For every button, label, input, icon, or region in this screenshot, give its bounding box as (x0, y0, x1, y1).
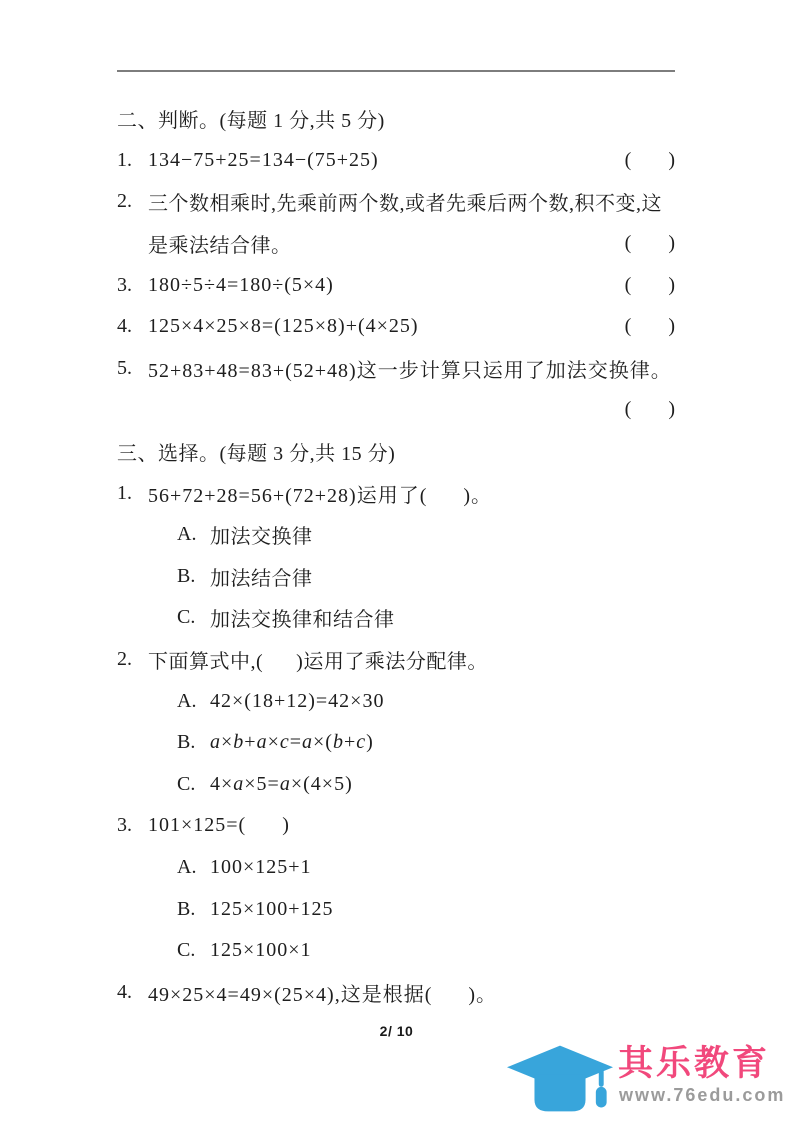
option-text: 4×a×5=a×(4×5) (210, 773, 353, 796)
section-choice-heading: 三、选择。(每题 3 分,共 15 分) (117, 431, 676, 473)
option-text: 加法结合律 (210, 562, 313, 591)
answer-bracket: ( ) (625, 232, 676, 255)
choice-q1-option-b: B. 加法结合律 (117, 556, 676, 598)
option-label: B. (177, 898, 210, 921)
item-number: 2. (117, 190, 148, 213)
judge-item-3: 3. 180÷5÷4=180÷(5×4) ( ) (117, 264, 676, 306)
item-text: 56+72+28=56+(72+28)运用了( )。 (148, 479, 492, 508)
choice-q2-option-c: C. 4×a×5=a×(4×5) (117, 764, 676, 806)
item-number: 3. (117, 274, 148, 297)
choice-q3-option-b: B. 125×100+125 (117, 888, 676, 930)
item-number: 1. (117, 482, 148, 505)
option-label: A. (177, 690, 210, 713)
item-text: 125×4×25×8=(125×8)+(4×25) (148, 315, 419, 338)
item-number: 4. (117, 981, 148, 1004)
choice-q3-option-a: A. 100×125+1 (117, 847, 676, 889)
section-heading-text: 三、选择。(每题 3 分,共 15 分) (117, 437, 395, 466)
option-label: B. (177, 565, 210, 588)
answer-bracket: ( ) (625, 398, 676, 421)
item-number: 5. (117, 357, 148, 380)
option-text: 加法交换律和结合律 (210, 603, 395, 632)
item-number: 1. (117, 149, 148, 172)
option-text: 100×125+1 (210, 856, 312, 879)
item-text: 134−75+25=134−(75+25) (148, 149, 379, 172)
item-text: 三个数相乘时,先乘前两个数,或者先乘后两个数,积不变,这 (148, 187, 662, 216)
choice-q4: 4. 49×25×4=49×(25×4),这是根据( )。 (117, 971, 676, 1013)
choice-q2-option-a: A. 42×(18+12)=42×30 (117, 680, 676, 722)
judge-item-1: 1. 134−75+25=134−(75+25) ( ) (117, 140, 676, 182)
choice-q2: 2. 下面算式中,( )运用了乘法分配律。 (117, 639, 676, 681)
worksheet-page: 二、判断。(每题 1 分,共 5 分) 1. 134−75+25=134−(75… (0, 0, 793, 1122)
item-text: 下面算式中,( )运用了乘法分配律。 (148, 645, 488, 674)
option-label: C. (177, 939, 210, 962)
option-label: A. (177, 523, 210, 546)
option-label: C. (177, 773, 210, 796)
option-text: 42×(18+12)=42×30 (210, 690, 384, 713)
answer-bracket: ( ) (625, 315, 676, 338)
item-text: 是乘法结合律。 (148, 229, 292, 258)
choice-q3: 3. 101×125=( ) (117, 805, 676, 847)
worksheet-content: 二、判断。(每题 1 分,共 5 分) 1. 134−75+25=134−(75… (117, 98, 676, 1013)
option-text: 加法交换律 (210, 520, 313, 549)
item-number: 2. (117, 648, 148, 671)
choice-q1-option-c: C. 加法交换律和结合律 (117, 597, 676, 639)
judge-item-5-bracket-row: ( ) (117, 389, 676, 431)
option-label: C. (177, 606, 210, 629)
item-text: 49×25×4=49×(25×4),这是根据( )。 (148, 978, 497, 1007)
option-text: 125×100+125 (210, 898, 334, 921)
answer-bracket: ( ) (625, 149, 676, 172)
item-number: 4. (117, 315, 148, 338)
item-number: 3. (117, 814, 148, 837)
item-text: 180÷5÷4=180÷(5×4) (148, 274, 334, 297)
option-text: a×b+a×c=a×(b+c) (210, 731, 374, 754)
brand-website: www.76edu.com (619, 1086, 785, 1104)
choice-q3-option-c: C. 125×100×1 (117, 930, 676, 972)
section-judge-heading: 二、判断。(每题 1 分,共 5 分) (117, 98, 676, 140)
graduation-cap-icon (506, 1044, 614, 1116)
judge-item-4: 4. 125×4×25×8=(125×8)+(4×25) ( ) (117, 306, 676, 348)
item-text: 101×125=( ) (148, 814, 290, 837)
choice-q1: 1. 56+72+28=56+(72+28)运用了( )。 (117, 472, 676, 514)
choice-q1-option-a: A. 加法交换律 (117, 514, 676, 556)
brand-name: 其乐教育 (618, 1046, 770, 1081)
answer-bracket: ( ) (625, 274, 676, 297)
judge-item-2-line-1: 2. 三个数相乘时,先乘前两个数,或者先乘后两个数,积不变,这 (117, 181, 676, 223)
option-label: B. (177, 731, 210, 754)
brand-logo: 其乐教育 www.76edu.com (506, 1042, 793, 1122)
header-rule (117, 70, 675, 72)
section-heading-text: 二、判断。(每题 1 分,共 5 分) (117, 104, 385, 133)
choice-q2-option-b: B. a×b+a×c=a×(b+c) (117, 722, 676, 764)
option-text: 125×100×1 (210, 939, 312, 962)
judge-item-5: 5. 52+83+48=83+(52+48)这一步计算只运用了加法交换律。 (117, 348, 676, 390)
option-label: A. (177, 856, 210, 879)
page-number: 2/ 10 (117, 1023, 676, 1039)
judge-item-2-line-2: 是乘法结合律。 ( ) (117, 223, 676, 265)
item-text: 52+83+48=83+(52+48)这一步计算只运用了加法交换律。 (148, 354, 672, 383)
